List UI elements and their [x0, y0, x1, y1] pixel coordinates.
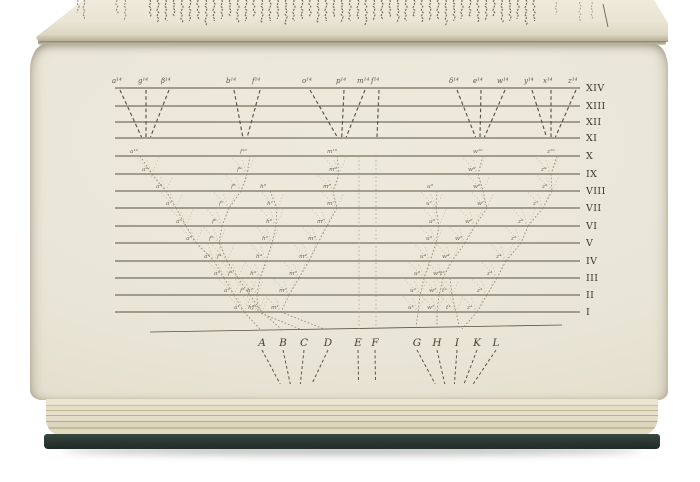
lost-copy-ray — [487, 193, 494, 209]
chain-link — [222, 208, 229, 226]
chain-node-label: m¹⁰ — [327, 148, 338, 155]
chain-node-label: t² — [442, 287, 447, 294]
chain-node-label: f⁷ — [218, 200, 224, 207]
chain-tail — [258, 312, 300, 329]
chain-link — [477, 295, 487, 312]
text-column — [173, 0, 175, 17]
chain-link — [437, 295, 439, 312]
text-column — [405, 0, 407, 21]
lost-copy-ray — [186, 210, 193, 227]
chain-link — [281, 295, 289, 312]
text-column — [381, 0, 383, 19]
text-column — [517, 0, 519, 19]
archetype-letter: H — [431, 337, 442, 349]
lost-copy-ray — [289, 280, 296, 296]
chain-node-label: w² — [429, 287, 437, 294]
text-column — [555, 2, 557, 15]
lost-copy-ray — [223, 193, 229, 209]
century-label: VIII — [585, 186, 606, 197]
descent-dash — [532, 90, 547, 137]
open-book-photo: XIVXIIIXIIXIXIXVIIIVIIVIVIVIIIIIIa¹⁴g¹⁴β… — [0, 0, 700, 482]
chain-node-label: z⁶ — [517, 218, 524, 225]
lost-copy-ray — [543, 193, 550, 209]
chain-node-label: f⁴ — [216, 253, 222, 260]
text-column — [83, 0, 85, 19]
manuscript-label: ſ¹⁴ — [370, 77, 379, 85]
chain-link — [276, 208, 277, 226]
text-column — [245, 0, 247, 21]
lost-copy-ray — [327, 210, 334, 227]
text-column — [533, 0, 535, 21]
text-column — [301, 0, 303, 19]
chain-node-label: w⁷ — [477, 200, 485, 207]
descent-dash — [485, 90, 506, 137]
text-column — [421, 0, 423, 23]
lost-copy-ray — [266, 245, 273, 262]
archetype-letter: C — [300, 337, 308, 349]
text-column — [277, 0, 279, 19]
chain-node-label: u⁵ — [426, 235, 433, 242]
chain-link — [260, 261, 266, 278]
descent-dash — [234, 90, 243, 137]
archetype-descent-dash — [464, 350, 477, 384]
text-column — [461, 0, 463, 19]
chain-link — [289, 278, 299, 295]
archetype-descent-dash — [473, 350, 496, 384]
chain-node-label: h⁴ — [256, 253, 263, 260]
chain-node-label: a¹ — [234, 304, 240, 311]
chain-node-label: z² — [476, 287, 483, 294]
chain-link — [333, 174, 339, 191]
archetype-descent-dash — [437, 350, 445, 384]
chain-node-label: a⁶ — [176, 218, 182, 225]
chain-node-label: a⁹ — [142, 166, 148, 173]
chain-link — [266, 243, 272, 261]
text-column — [253, 0, 255, 17]
text-column — [221, 0, 223, 19]
chain-node-label: w¹ — [427, 304, 434, 311]
chain-node-label: m⁵ — [308, 235, 316, 242]
archetype-letter: D — [323, 337, 333, 349]
chain-link — [497, 261, 506, 278]
text-column — [373, 0, 375, 21]
manuscript-label: w¹⁴ — [497, 77, 509, 85]
chain-link — [478, 156, 483, 174]
manuscript-label: p¹⁴ — [336, 77, 346, 85]
chain-link — [465, 226, 475, 243]
text-column — [413, 0, 415, 17]
chain-link — [450, 278, 452, 295]
text-column — [591, 2, 593, 19]
lost-copy-ray — [446, 280, 452, 296]
chain-node-label: a⁴ — [204, 253, 210, 260]
chain-node-label: t³ — [440, 270, 445, 277]
chain-node-label: z¹ — [466, 304, 472, 311]
chain-link — [272, 226, 276, 243]
chain-node-label: z⁸ — [541, 183, 548, 190]
lost-copy-ray — [418, 297, 425, 313]
chain-node-label: u⁴ — [420, 253, 427, 260]
chain-link — [475, 208, 487, 226]
chain-node-label: f⁸ — [230, 183, 236, 190]
chain-link — [487, 278, 497, 295]
chain-node-label: h⁶ — [266, 218, 273, 225]
text-column — [501, 0, 503, 23]
chain-node-label: h⁸ — [260, 183, 267, 190]
text-column — [237, 0, 239, 23]
archetype-descent-dash — [262, 350, 280, 384]
descent-dash — [120, 90, 142, 137]
century-label: I — [586, 307, 590, 318]
text-column — [77, 0, 79, 13]
chain-link — [436, 191, 437, 208]
text-column — [509, 0, 511, 21]
lost-copy-ray — [483, 176, 490, 192]
manuscript-label: z¹⁴ — [567, 77, 577, 85]
chain-link — [528, 208, 543, 226]
chain-link — [424, 261, 430, 278]
text-column — [205, 0, 207, 25]
descent-dash — [346, 90, 365, 137]
text-column — [293, 0, 295, 21]
text-column — [269, 0, 271, 21]
text-column — [261, 0, 263, 23]
archetype-letter: K — [472, 337, 482, 349]
lost-copy-ray — [213, 228, 219, 244]
lost-copy-ray — [196, 228, 203, 244]
chain-node-label: m² — [279, 287, 287, 294]
chain-link — [257, 295, 258, 312]
lost-copy-ray — [235, 176, 241, 192]
chain-node-label: w⁶ — [465, 218, 473, 225]
archetype-letters: ABCDEFGHIKL — [257, 337, 499, 384]
descent-dash — [310, 90, 337, 137]
upper-stemma-groups: a¹⁴g¹⁴β¹⁴b¹⁴f¹⁴o¹⁴p¹⁴m¹⁴ſ¹⁴δ¹⁴e¹⁴w¹⁴y¹⁴x… — [112, 77, 577, 137]
chain-tail — [281, 312, 324, 329]
chain-link — [551, 156, 557, 174]
descent-dash — [457, 90, 476, 137]
manuscript-label: β¹⁴ — [160, 77, 171, 85]
column-rule — [603, 4, 608, 27]
text-column — [213, 0, 215, 21]
text-column — [437, 0, 439, 19]
chain-node-label: m⁸ — [323, 183, 331, 190]
century-label: XII — [586, 117, 601, 128]
lost-copy-ray — [309, 245, 316, 262]
lost-copy-ray — [258, 297, 265, 313]
chain-node-label: m⁶ — [317, 218, 325, 225]
chain-node-label: u¹ — [408, 304, 414, 311]
archetype-descent-dash — [283, 350, 290, 384]
chain-node-label: z⁷ — [532, 200, 539, 207]
chain-link — [247, 156, 250, 174]
chain-link — [337, 156, 339, 174]
lost-copy-ray — [439, 210, 446, 227]
lost-copy-ray — [337, 193, 344, 209]
archetype-descent-dash — [454, 350, 457, 384]
descent-dash — [556, 90, 577, 137]
century-label: III — [586, 273, 598, 284]
archetype-descent-dash — [375, 350, 376, 380]
century-label: IX — [586, 169, 597, 180]
manuscript-label: f¹⁴ — [251, 77, 260, 85]
chain-link — [309, 243, 318, 261]
lost-copy-ray — [506, 245, 513, 262]
chain-node-label: f³ — [227, 270, 233, 277]
chain-link — [229, 191, 241, 208]
lost-copy-ray — [551, 158, 558, 175]
chain-node-label: u⁸ — [427, 183, 434, 190]
chain-link — [219, 226, 222, 243]
lost-copy-ray — [339, 158, 346, 175]
chain-link — [327, 208, 337, 226]
chain-node-label: u³ — [414, 270, 421, 277]
lost-copy-ray — [528, 210, 535, 227]
text-column — [157, 0, 159, 23]
baseline — [150, 325, 562, 332]
lost-copy-ray — [477, 297, 484, 313]
lost-copy-ray — [465, 228, 472, 244]
archetype-descent-dash — [358, 350, 359, 380]
chain-link — [299, 261, 309, 278]
lost-copy-ray — [241, 158, 247, 175]
text-column — [485, 0, 487, 21]
chain-node-label: m⁹ — [329, 166, 337, 173]
manuscript-label: o¹⁴ — [302, 77, 312, 85]
chain-link — [420, 278, 424, 295]
text-column — [165, 0, 167, 21]
chain-link — [436, 226, 439, 243]
chain-node-label: h⁷ — [267, 200, 274, 207]
text-column — [477, 0, 479, 23]
manuscript-label: b¹⁴ — [226, 77, 236, 85]
chain-link — [318, 226, 327, 243]
lost-copy-ray — [219, 228, 226, 244]
century-label: VII — [585, 203, 602, 214]
text-column — [197, 0, 199, 19]
lost-copy-ray — [262, 297, 269, 313]
chain-node-label: h² — [247, 287, 254, 294]
archetype-descent-dash — [417, 350, 435, 384]
descent-dash — [151, 90, 170, 137]
manuscript-label: e¹⁴ — [473, 77, 483, 85]
chain-link — [452, 295, 456, 312]
chain-node-label: w¹⁰ — [473, 148, 483, 155]
manuscript-label: a¹⁴ — [112, 77, 122, 85]
lost-copy-ray — [176, 193, 183, 209]
archetype-letter: L — [492, 337, 500, 349]
chain-node-label: z⁵ — [510, 235, 517, 242]
chain-node-label: z⁴ — [495, 253, 502, 260]
manuscript-label: g¹⁴ — [138, 77, 148, 85]
lost-copy-ray — [318, 228, 325, 244]
text-column — [325, 0, 327, 21]
lost-copy-ray — [257, 280, 264, 296]
archetype-letter: G — [413, 337, 421, 349]
century-label: II — [586, 290, 594, 301]
lost-copy-ray — [497, 263, 504, 279]
chain-tail — [244, 312, 260, 329]
text-column — [124, 0, 126, 21]
chain-node-label: z⁹ — [540, 166, 547, 173]
archetype-letter: I — [454, 337, 460, 349]
text-column — [349, 0, 351, 21]
text-column — [181, 0, 183, 23]
century-label: X — [586, 151, 593, 162]
text-column — [445, 0, 447, 25]
chain-node-label: h⁵ — [262, 235, 269, 242]
chain-link — [241, 174, 247, 191]
century-label: V — [585, 238, 593, 249]
lost-copy-ray — [216, 210, 222, 227]
archetype-descent-dash — [312, 350, 328, 384]
chain-node-label: f² — [239, 287, 245, 294]
lost-copy-ray — [152, 158, 159, 175]
text-column — [341, 0, 343, 23]
chain-link — [452, 243, 465, 261]
chain-node-label: u⁶ — [429, 218, 436, 225]
text-column — [149, 0, 151, 17]
chain-node-label: m³ — [289, 270, 297, 277]
chain-node-label: u² — [410, 287, 417, 294]
manuscript-label: δ¹⁴ — [449, 77, 459, 85]
lost-copy-ray — [247, 158, 254, 175]
text-column — [285, 0, 287, 25]
text-column — [453, 0, 455, 21]
lost-copy-ray — [238, 263, 245, 279]
archetype-letter: F — [370, 337, 379, 349]
chain-node-label: a² — [224, 287, 230, 294]
text-column — [357, 0, 359, 19]
lost-copy-ray — [221, 245, 227, 262]
chain-link — [521, 226, 528, 243]
century-label: XIII — [586, 101, 606, 112]
text-column — [389, 0, 391, 17]
chain-node-label: z³ — [486, 270, 493, 277]
lost-copy-ray — [452, 280, 459, 296]
chain-link — [257, 278, 260, 295]
chain-node-label: m⁷ — [327, 200, 335, 207]
lost-copy-ray — [227, 245, 234, 262]
descent-chains: a¹⁰a⁹a⁸a⁷a⁶a⁵a⁴a³a²a¹f¹⁰f⁹f⁸f⁷f⁶f⁵f⁴f³f²… — [130, 148, 559, 329]
illegible-text-columns — [77, 0, 608, 27]
descent-dash — [480, 90, 481, 137]
text-column — [116, 0, 118, 15]
text-column — [189, 0, 191, 21]
chain-node-label: z¹⁰ — [546, 148, 555, 155]
text-column — [525, 0, 527, 25]
text-column — [579, 2, 581, 21]
chain-link — [430, 243, 436, 261]
chain-node-label: f¹⁰ — [239, 148, 247, 155]
archetype-letter: A — [257, 337, 266, 349]
text-column — [333, 0, 335, 17]
century-label: VI — [585, 221, 597, 232]
archetype-descent-dash — [300, 350, 304, 384]
chain-link — [506, 243, 521, 261]
lost-copy-ray — [166, 176, 173, 192]
text-column — [429, 0, 431, 21]
text-column — [493, 0, 495, 17]
archetype-letter: E — [353, 337, 362, 349]
chain-node-label: h³ — [250, 270, 257, 277]
chain-node-label: a⁷ — [166, 200, 172, 207]
lost-copy-ray — [487, 280, 494, 296]
chain-link — [418, 295, 420, 312]
manuscript-label: m¹⁴ — [357, 77, 369, 85]
descent-dash — [377, 90, 379, 137]
lost-copy-ray — [277, 193, 284, 209]
chain-node-label: h¹ — [248, 304, 254, 311]
chain-node-label: w⁸ — [473, 183, 481, 190]
text-column — [469, 0, 471, 17]
chain-node-label: f⁶ — [211, 218, 217, 225]
lost-copy-ray — [299, 263, 306, 279]
century-label: XI — [586, 133, 597, 144]
archetype-letter: B — [278, 337, 287, 349]
chain-node-label: a³ — [214, 270, 220, 277]
chain-node-label: w⁵ — [455, 235, 463, 242]
descent-dash — [247, 90, 260, 137]
chain-link — [551, 174, 552, 191]
text-column — [365, 0, 367, 25]
chain-node-label: f⁹ — [236, 166, 242, 173]
lost-copy-ray — [436, 228, 443, 244]
lost-copy-ray — [222, 210, 229, 227]
chain-node-label: w⁹ — [468, 166, 476, 173]
chain-node-label: f⁵ — [208, 235, 214, 242]
chain-tail — [416, 312, 418, 329]
text-column — [397, 0, 399, 23]
chain-node-label: t¹ — [446, 304, 451, 311]
stemma-diagram: XIVXIIIXIIXIXIXVIIIVIIVIVIVIIIIIIa¹⁴g¹⁴β… — [0, 0, 700, 482]
chain-link — [543, 191, 552, 208]
century-lines: XIVXIIIXIIXIXIXVIIIVIIVIVIVIIIIII — [115, 83, 606, 332]
chain-node-label: w⁴ — [442, 253, 450, 260]
chain-node-label: u⁷ — [426, 200, 433, 207]
chain-node-label: a¹⁰ — [130, 148, 139, 155]
manuscript-label: y¹⁴ — [523, 77, 534, 85]
lost-copy-ray — [456, 297, 463, 313]
lost-copy-ray — [437, 297, 444, 313]
text-column — [229, 0, 231, 17]
lost-copy-ray — [552, 176, 559, 192]
chain-node-label: a⁸ — [156, 183, 162, 190]
chain-node-label: a⁵ — [186, 235, 192, 242]
text-column — [317, 0, 319, 23]
chain-node-label: m⁴ — [299, 253, 307, 260]
manuscript-label: x¹⁴ — [543, 77, 553, 85]
lost-copy-ray — [430, 245, 437, 262]
century-label: IV — [586, 256, 597, 267]
text-column — [309, 0, 311, 17]
century-label: XIV — [586, 83, 605, 94]
chain-node-label: m¹ — [271, 304, 279, 311]
descent-dash — [342, 90, 344, 137]
lost-copy-ray — [281, 297, 288, 313]
